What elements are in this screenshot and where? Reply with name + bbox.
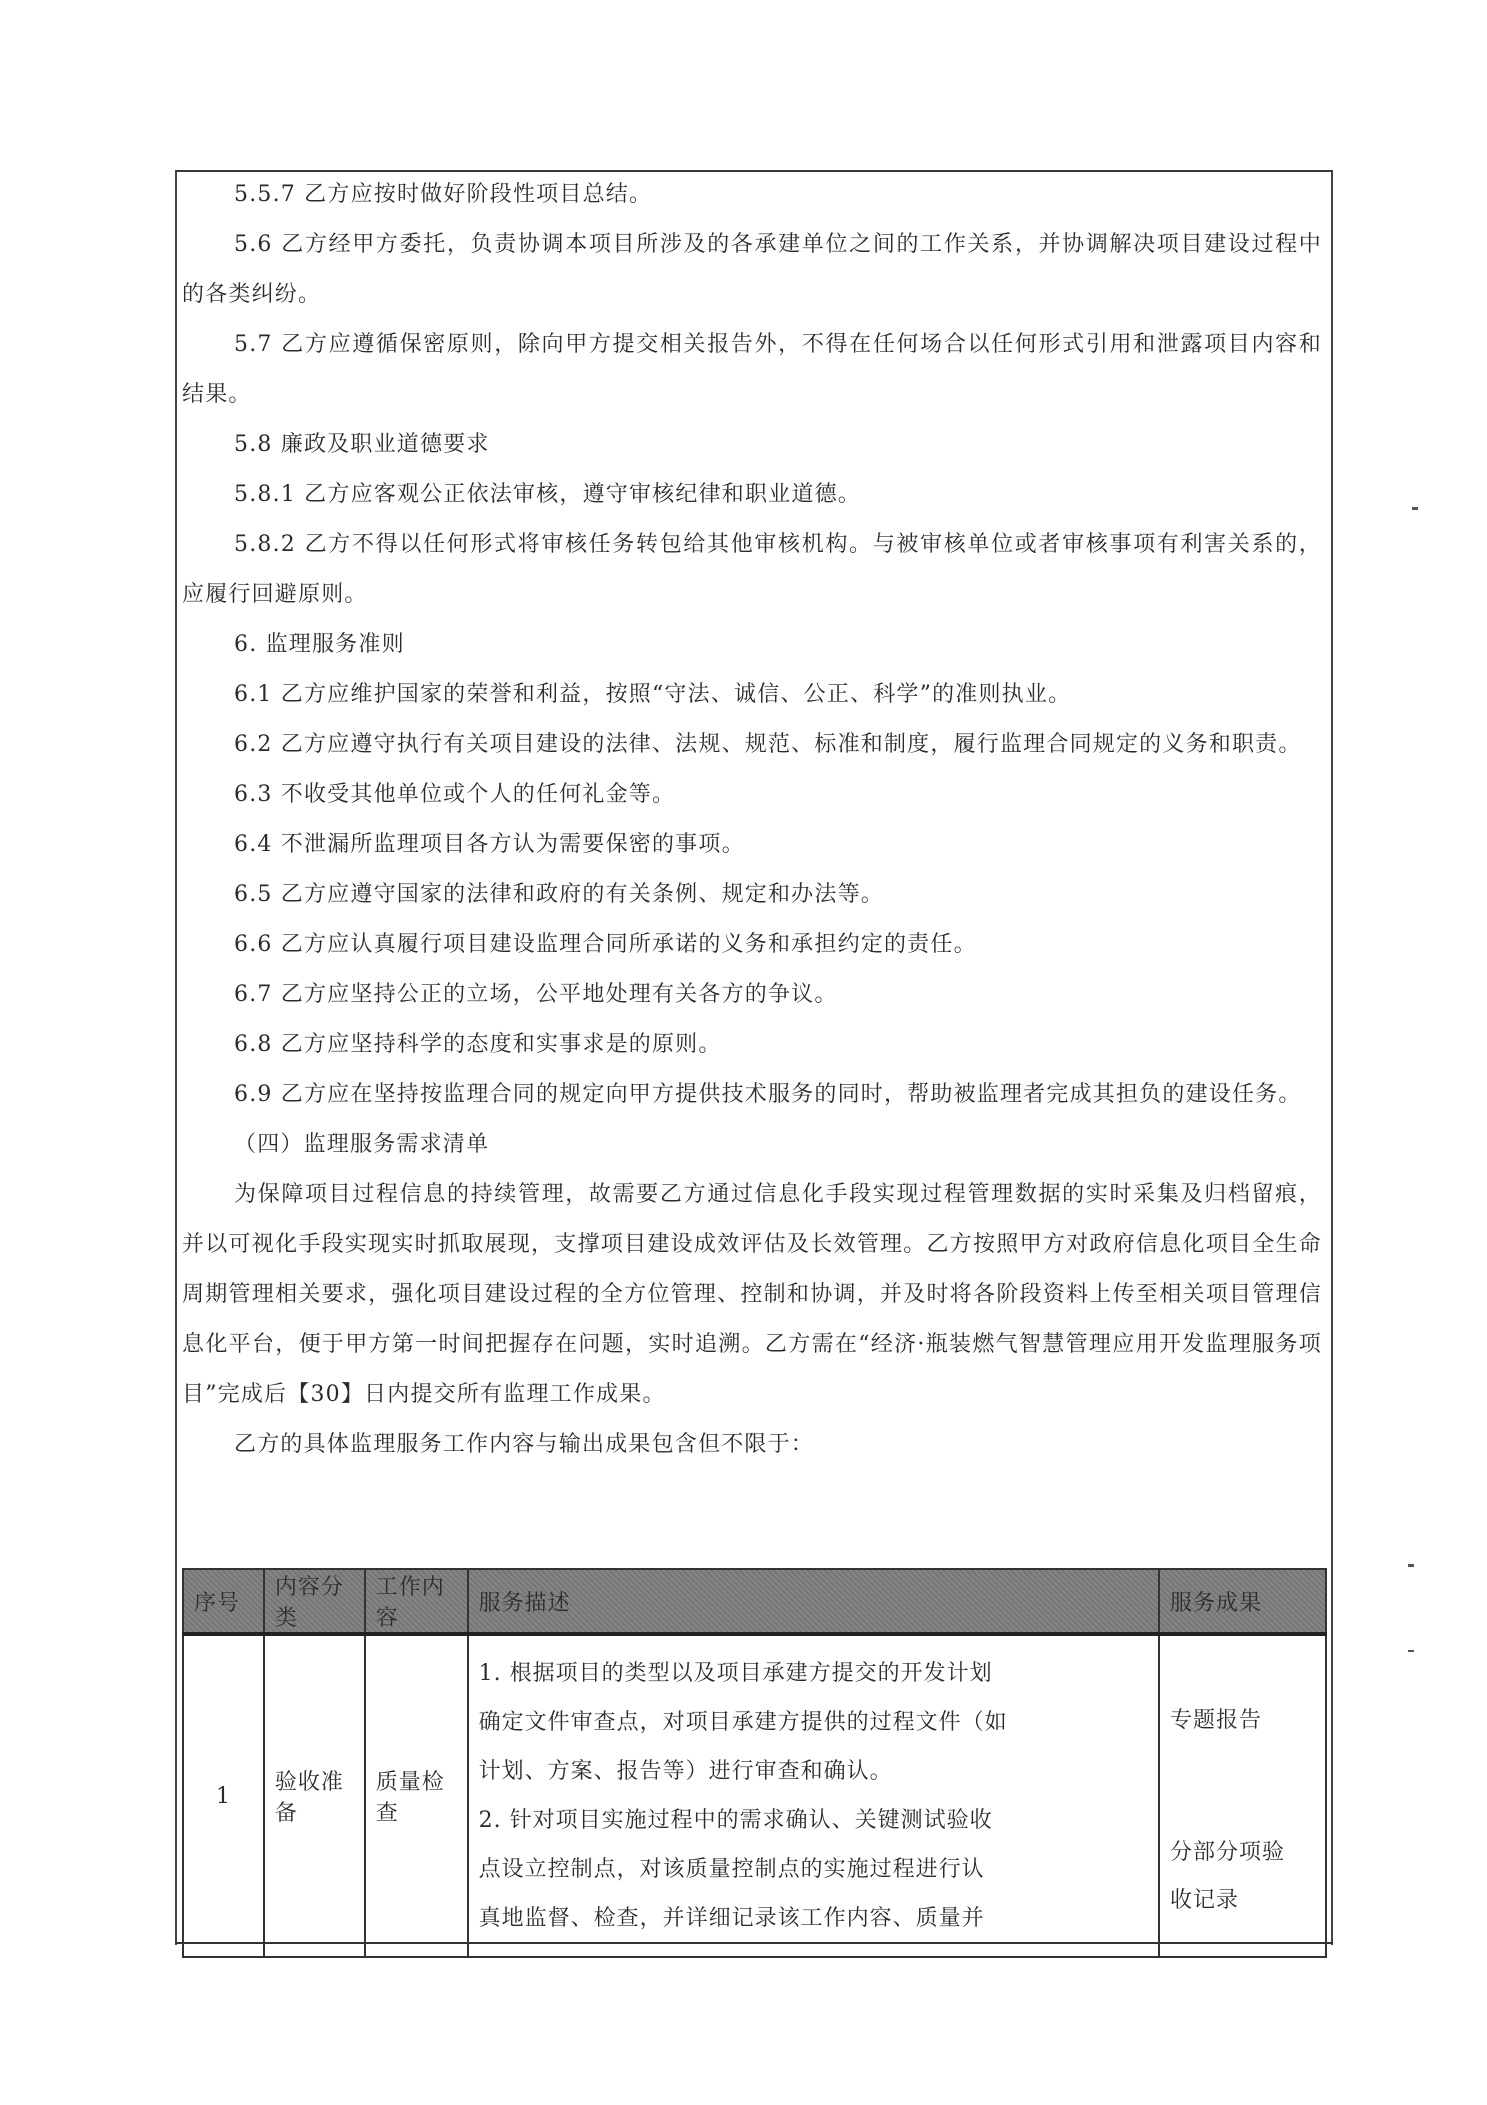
clause-6-9: 6.9 乙方应在坚持按监理合同的规定向甲方提供技术服务的同时，帮助被监理者完成其… (182, 1070, 1322, 1120)
description-line: 点设立控制点，对该质量控制点的实施过程进行认 (479, 1845, 1148, 1894)
description-line: 2. 针对项目实施过程中的需求确认、关键测试验收 (479, 1796, 1148, 1845)
bottom-border (175, 1942, 1333, 1944)
clause-6-5: 6.5 乙方应遵守国家的法律和政府的有关条例、规定和办法等。 (182, 870, 1322, 920)
table-row: 1 验收准备 质量检查 1. 根据项目的类型以及项目承建方提交的开发计划 确定文… (183, 1634, 1326, 1957)
cell-index: 1 (183, 1634, 264, 1957)
header-work: 工作内容 (365, 1569, 468, 1634)
service-requirements-table: 序号 内容分类 工作内容 服务描述 服务成果 1 验收准备 质量检查 1. 根据… (182, 1568, 1327, 1958)
clause-5-5-7: 5.5.7 乙方应按时做好阶段性项目总结。 (182, 170, 1322, 220)
clause-6-3: 6.3 不收受其他单位或个人的任何礼金等。 (182, 770, 1322, 820)
output-topic-report: 专题报告 (1170, 1701, 1315, 1741)
clause-6-7: 6.7 乙方应坚持公正的立场，公平地处理有关各方的争议。 (182, 970, 1322, 1020)
document-body: 5.5.7 乙方应按时做好阶段性项目总结。 5.6 乙方经甲方委托，负责协调本项… (182, 170, 1322, 1470)
clause-6-4: 6.4 不泄漏所监理项目各方认为需要保密的事项。 (182, 820, 1322, 870)
cell-category: 验收准备 (264, 1634, 365, 1957)
clause-5-8-2: 5.8.2 乙方不得以任何形式将审核任务转包给其他审核机构。与被审核单位或者审核… (182, 520, 1322, 620)
scan-artifact-mark (1408, 1564, 1414, 1567)
section-6-heading: 6. 监理服务准则 (182, 620, 1322, 670)
cell-output: 专题报告 分部分项验收记录 (1159, 1634, 1326, 1957)
scan-artifact-mark (1408, 1650, 1414, 1652)
clause-6-1: 6.1 乙方应维护国家的荣誉和利益，按照“守法、诚信、公正、科学”的准则执业。 (182, 670, 1322, 720)
clause-6-6: 6.6 乙方应认真履行项目建设监理合同所承诺的义务和承担约定的责任。 (182, 920, 1322, 970)
table-lead-text: 乙方的具体监理服务工作内容与输出成果包含但不限于： (182, 1420, 1322, 1470)
cell-description: 1. 根据项目的类型以及项目承建方提交的开发计划 确定文件审查点，对项目承建方提… (468, 1634, 1159, 1957)
header-index: 序号 (183, 1569, 264, 1634)
intro-paragraph: 为保障项目过程信息的持续管理，故需要乙方通过信息化手段实现过程管理数据的实时采集… (182, 1170, 1322, 1420)
clause-5-6: 5.6 乙方经甲方委托，负责协调本项目所涉及的各承建单位之间的工作关系，并协调解… (182, 220, 1322, 320)
section-4-heading: （四）监理服务需求清单 (182, 1120, 1322, 1170)
clause-5-7: 5.7 乙方应遵循保密原则，除向甲方提交相关报告外，不得在任何场合以任何形式引用… (182, 320, 1322, 420)
clause-5-8-heading: 5.8 廉政及职业道德要求 (182, 420, 1322, 470)
description-line: 真地监督、检查，并详细记录该工作内容、质量并 (479, 1894, 1148, 1943)
header-output: 服务成果 (1159, 1569, 1326, 1634)
header-description: 服务描述 (468, 1569, 1159, 1634)
scan-artifact-mark (1412, 507, 1418, 510)
description-line: 计划、方案、报告等）进行审查和确认。 (479, 1747, 1148, 1796)
header-category: 内容分类 (264, 1569, 365, 1634)
table-header-row: 序号 内容分类 工作内容 服务描述 服务成果 (183, 1569, 1326, 1634)
clause-6-8: 6.8 乙方应坚持科学的态度和实事求是的原则。 (182, 1020, 1322, 1070)
clause-5-8-1: 5.8.1 乙方应客观公正依法审核，遵守审核纪律和职业道德。 (182, 470, 1322, 520)
description-line: 确定文件审查点，对项目承建方提供的过程文件（如 (479, 1698, 1148, 1747)
output-acceptance-record: 分部分项验收记录 (1170, 1829, 1300, 1925)
description-line: 1. 根据项目的类型以及项目承建方提交的开发计划 (479, 1649, 1148, 1698)
cell-work: 质量检查 (365, 1634, 468, 1957)
clause-6-2: 6.2 乙方应遵守执行有关项目建设的法律、法规、规范、标准和制度，履行监理合同规… (182, 720, 1322, 770)
